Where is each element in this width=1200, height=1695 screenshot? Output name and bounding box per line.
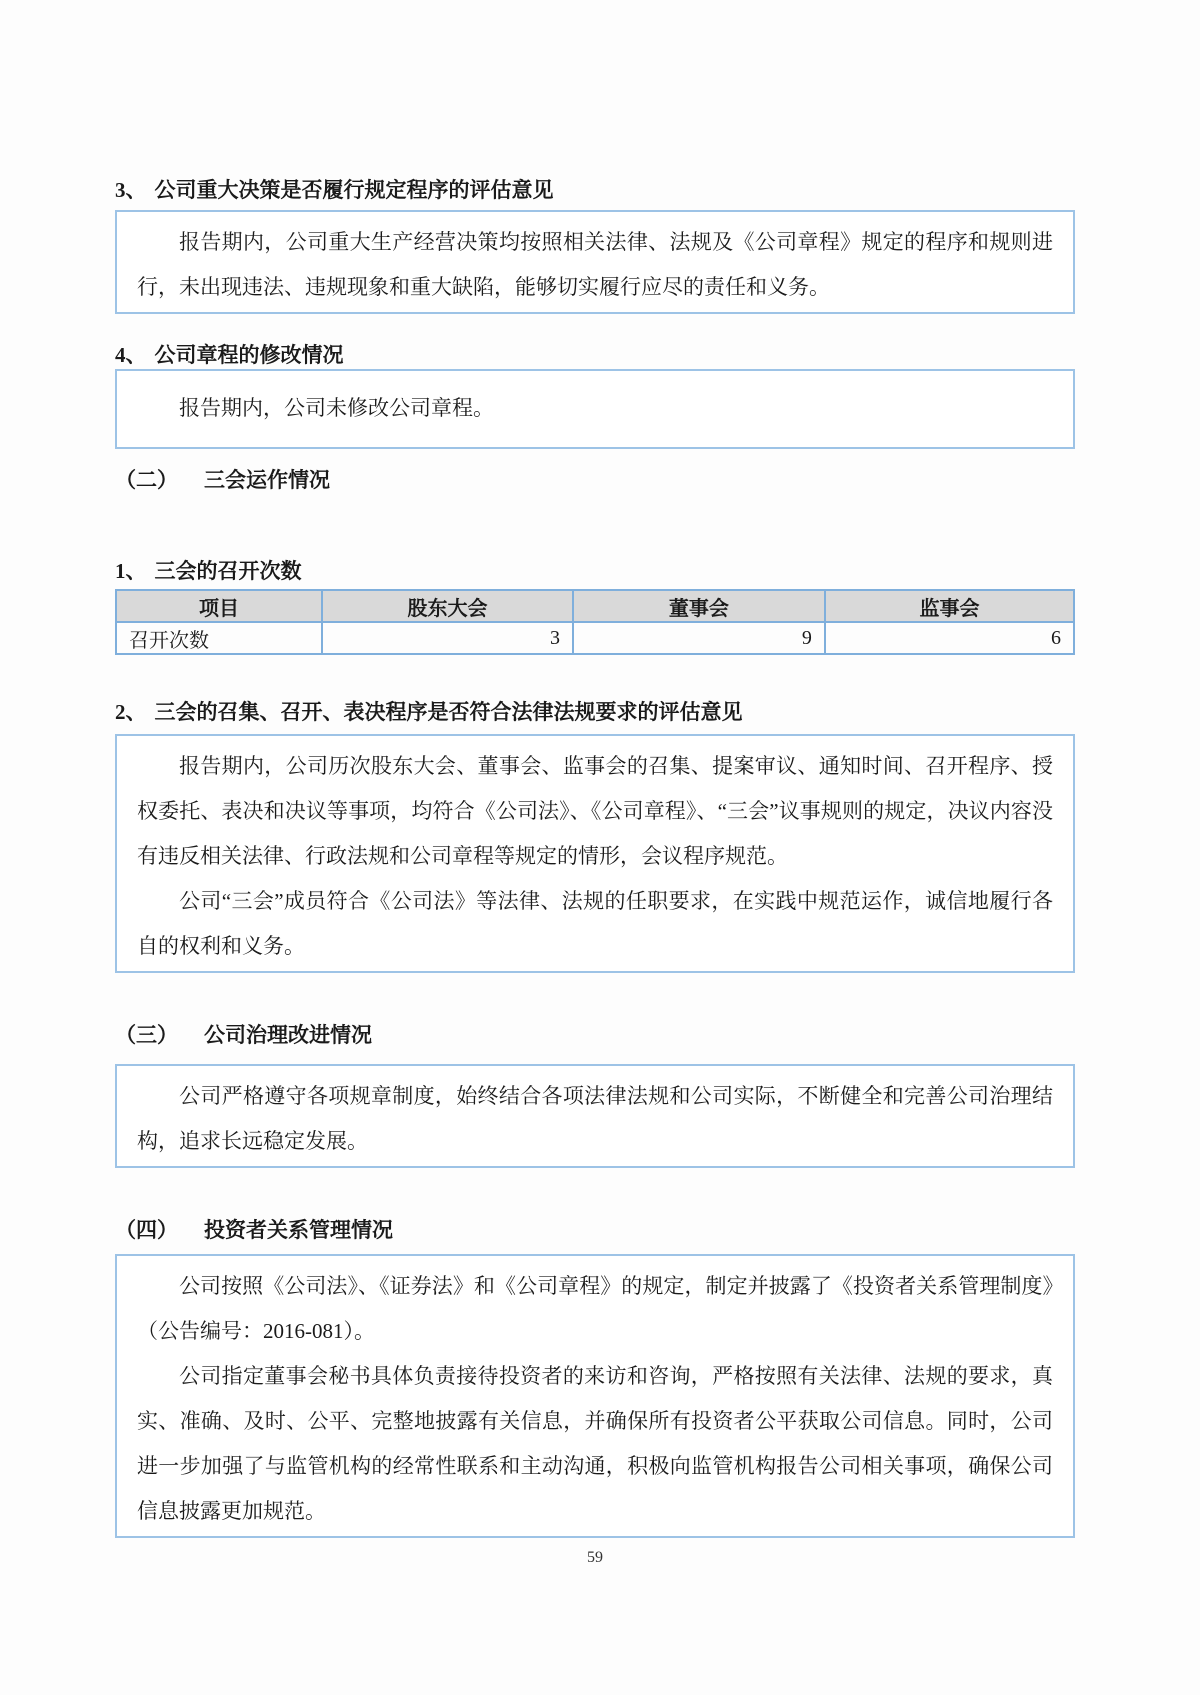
meetings-count-table: 项目 股东大会 董事会 监事会 召开次数 3 9 6 <box>115 589 1075 655</box>
part-3-text-box: 公司严格遵守各项规章制度，始终结合各项法律法规和公司实际，不断健全和完善公司治理… <box>115 1064 1075 1168</box>
part-4-number: （四） <box>115 1218 178 1242</box>
part-2-sub-2-paragraph-1: 报告期内，公司历次股东大会、董事会、监事会的召集、提案审议、通知时间、召开程序、… <box>137 744 1053 879</box>
section-3-paragraph: 报告期内，公司重大生产经营决策均按照相关法律、法规及《公司章程》规定的程序和规则… <box>137 220 1053 310</box>
table-header-row: 项目 股东大会 董事会 监事会 <box>116 590 1074 622</box>
page-number: 59 <box>115 1549 1075 1567</box>
part-2-number: （二） <box>115 468 178 492</box>
part-3-title: 公司治理改进情况 <box>204 1023 372 1047</box>
table-row-label: 召开次数 <box>116 622 322 654</box>
section-4-heading: 4、公司章程的修改情况 <box>115 341 1075 369</box>
part-4-text-box: 公司按照《公司法》、《证券法》和《公司章程》的规定，制定并披露了《投资者关系管理… <box>115 1254 1075 1538</box>
part-2-heading: （二）三会运作情况 <box>115 466 1075 494</box>
document-page: 3、公司重大决策是否履行规定程序的评估意见 报告期内，公司重大生产经营决策均按照… <box>0 0 1200 1695</box>
section-4-number: 4、 <box>115 343 147 367</box>
part-2-sub-1-heading: 1、三会的召开次数 <box>115 557 1075 585</box>
part-2-sub-2-title: 三会的召集、召开、表决程序是否符合法律法规要求的评估意见 <box>155 700 743 724</box>
document-content: 3、公司重大决策是否履行规定程序的评估意见 报告期内，公司重大生产经营决策均按照… <box>115 176 1075 1567</box>
table-cell-shareholders-count: 3 <box>322 622 573 654</box>
table-cell-supervisors-count: 6 <box>825 622 1074 654</box>
part-2-sub-2-heading: 2、三会的召集、召开、表决程序是否符合法律法规要求的评估意见 <box>115 698 1075 726</box>
table-header-shareholders-meeting: 股东大会 <box>322 590 573 622</box>
part-4-title: 投资者关系管理情况 <box>204 1218 393 1242</box>
section-3-title: 公司重大决策是否履行规定程序的评估意见 <box>155 178 554 202</box>
section-4-paragraph: 报告期内，公司未修改公司章程。 <box>137 386 1053 431</box>
table-header-board-of-supervisors: 监事会 <box>825 590 1074 622</box>
table-header-item: 项目 <box>116 590 322 622</box>
table-row: 召开次数 3 9 6 <box>116 622 1074 654</box>
section-3-text-box: 报告期内，公司重大生产经营决策均按照相关法律、法规及《公司章程》规定的程序和规则… <box>115 210 1075 314</box>
part-2-sub-1-title: 三会的召开次数 <box>155 559 302 583</box>
part-4-heading: （四）投资者关系管理情况 <box>115 1216 1075 1244</box>
table-header-board-of-directors: 董事会 <box>573 590 825 622</box>
section-4-title: 公司章程的修改情况 <box>155 343 344 367</box>
part-2-title: 三会运作情况 <box>204 468 330 492</box>
part-2-sub-1-number: 1、 <box>115 559 147 583</box>
part-3-paragraph: 公司严格遵守各项规章制度，始终结合各项法律法规和公司实际，不断健全和完善公司治理… <box>137 1074 1053 1164</box>
section-3-number: 3、 <box>115 178 147 202</box>
part-3-heading: （三）公司治理改进情况 <box>115 1021 1075 1049</box>
part-2-sub-2-number: 2、 <box>115 700 147 724</box>
part-4-paragraph-2: 公司指定董事会秘书具体负责接待投资者的来访和咨询，严格按照有关法律、法规的要求，… <box>137 1354 1053 1534</box>
table-cell-directors-count: 9 <box>573 622 825 654</box>
part-2-sub-2-text-box: 报告期内，公司历次股东大会、董事会、监事会的召集、提案审议、通知时间、召开程序、… <box>115 734 1075 973</box>
part-2-sub-2-paragraph-2: 公司“三会”成员符合《公司法》等法律、法规的任职要求，在实践中规范运作，诚信地履… <box>137 879 1053 969</box>
part-4-paragraph-1: 公司按照《公司法》、《证券法》和《公司章程》的规定，制定并披露了《投资者关系管理… <box>137 1264 1053 1354</box>
section-4-text-box: 报告期内，公司未修改公司章程。 <box>115 369 1075 449</box>
part-3-number: （三） <box>115 1023 178 1047</box>
section-3-heading: 3、公司重大决策是否履行规定程序的评估意见 <box>115 176 1075 204</box>
